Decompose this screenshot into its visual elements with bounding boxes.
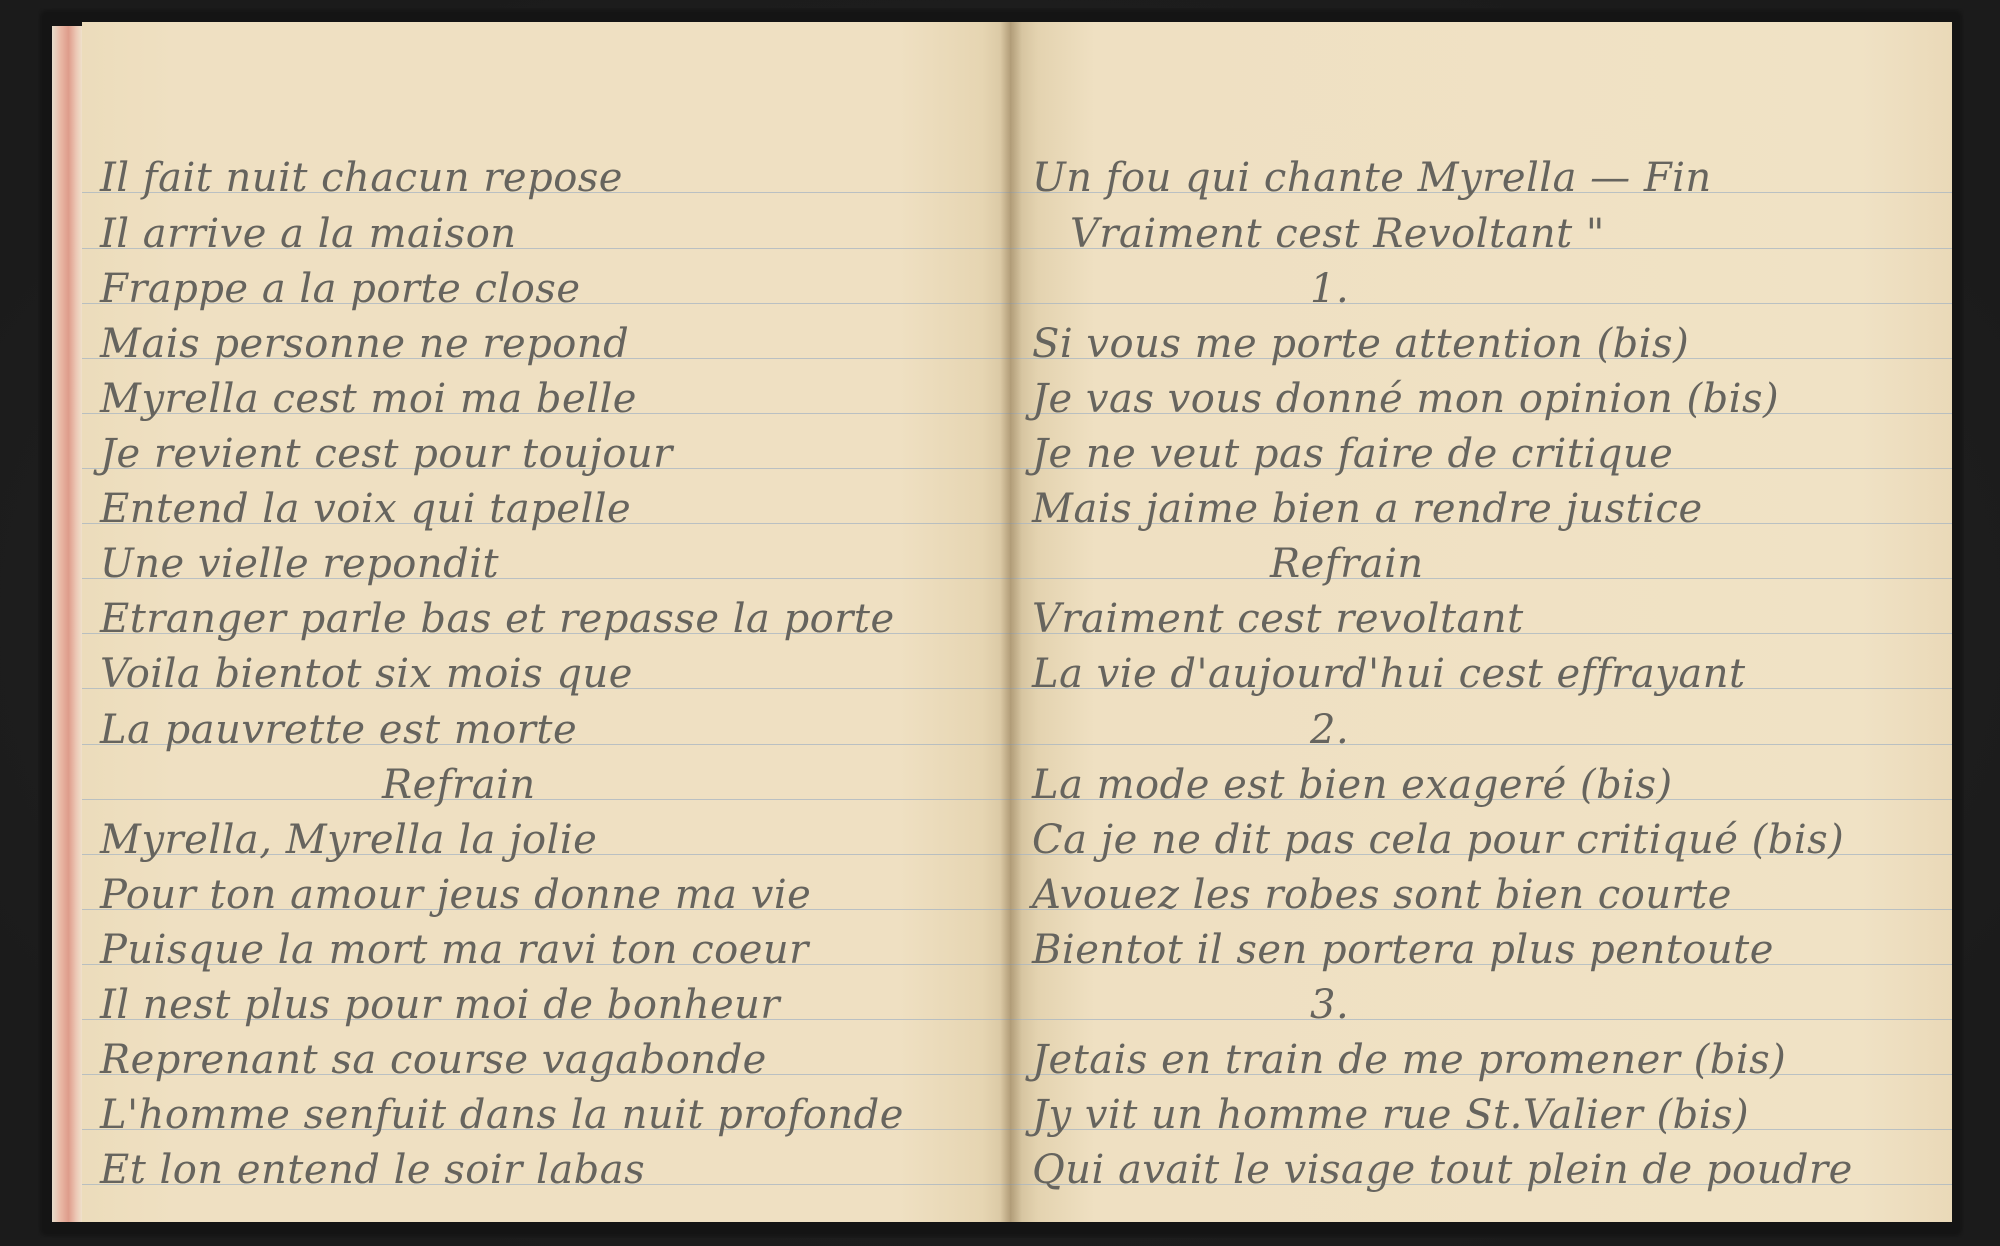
ruled-line xyxy=(82,799,1010,800)
handwritten-line: Avouez les robes sont bien courte xyxy=(1032,875,1732,915)
handwritten-line: Entend la voix qui tapelle xyxy=(100,489,631,529)
handwritten-line: Si vous me porte attention (bis) xyxy=(1032,324,1689,364)
handwritten-line: Je ne veut pas faire de critique xyxy=(1032,434,1673,474)
handwritten-line: Reprenant sa course vagabonde xyxy=(100,1040,767,1080)
handwritten-line: Vraiment cest revoltant xyxy=(1032,599,1524,639)
verse-number: 2. xyxy=(1310,710,1349,750)
handwritten-line: Pour ton amour jeus donne ma vie xyxy=(100,875,811,915)
handwritten-line: Voila bientot six mois que xyxy=(100,654,633,694)
handwritten-line: Et lon entend le soir labas xyxy=(100,1150,645,1190)
handwritten-line: Puisque la mort ma ravi ton coeur xyxy=(100,930,809,970)
handwritten-line: Myrella, Myrella la jolie xyxy=(100,820,597,860)
handwritten-line: Un fou qui chante Myrella — Fin xyxy=(1032,158,1712,198)
handwritten-line: La mode est bien exageré (bis) xyxy=(1032,765,1673,805)
handwritten-line: Je vas vous donné mon opinion (bis) xyxy=(1032,379,1779,419)
ruled-line xyxy=(1010,578,1952,579)
ruled-line xyxy=(1010,744,1952,745)
verse-number: 3. xyxy=(1310,985,1349,1025)
handwritten-line: Mais personne ne repond xyxy=(100,324,629,364)
verse-number: 1. xyxy=(1310,269,1349,309)
song-title: Vraiment cest Revoltant " xyxy=(1070,214,1605,254)
left-page: Il fait nuit chacun repose Il arrive a l… xyxy=(82,22,1010,1222)
refrain-heading: Refrain xyxy=(1270,544,1424,584)
handwritten-line: L'homme senfuit dans la nuit profonde xyxy=(100,1095,904,1135)
ruled-line xyxy=(1010,1019,1952,1020)
handwritten-line: Jetais en train de me promener (bis) xyxy=(1032,1040,1786,1080)
handwritten-line: Il fait nuit chacun repose xyxy=(100,158,623,198)
right-page: Un fou qui chante Myrella — Fin Vraiment… xyxy=(1010,22,1952,1222)
refrain-heading: Refrain xyxy=(382,765,536,805)
handwritten-line: Je revient cest pour toujour xyxy=(100,434,673,474)
handwritten-line: Il nest plus pour moi de bonheur xyxy=(100,985,780,1025)
handwritten-line: Etranger parle bas et repasse la porte xyxy=(100,599,895,639)
handwritten-line: Une vielle repondit xyxy=(100,544,499,584)
ruled-line xyxy=(1010,303,1952,304)
handwritten-line: Ca je ne dit pas cela pour critiqué (bis… xyxy=(1032,820,1844,860)
handwritten-line: Bientot il sen portera plus pentoute xyxy=(1032,930,1774,970)
handwritten-line: Qui avait le visage tout plein de poudre xyxy=(1032,1150,1853,1190)
document-viewer: Il fait nuit chacun repose Il arrive a l… xyxy=(0,0,2000,1246)
handwritten-line: Il arrive a la maison xyxy=(100,214,517,254)
book-gutter xyxy=(1000,22,1022,1222)
page-edges xyxy=(52,26,82,1222)
handwritten-line: Jy vit un homme rue St.Valier (bis) xyxy=(1032,1095,1749,1135)
handwritten-line: La vie d'aujourd'hui cest effrayant xyxy=(1032,654,1746,694)
handwritten-line: La pauvrette est morte xyxy=(100,710,577,750)
handwritten-line: Myrella cest moi ma belle xyxy=(100,379,637,419)
handwritten-line: Mais jaime bien a rendre justice xyxy=(1032,489,1703,529)
handwritten-line: Frappe a la porte close xyxy=(100,269,580,309)
